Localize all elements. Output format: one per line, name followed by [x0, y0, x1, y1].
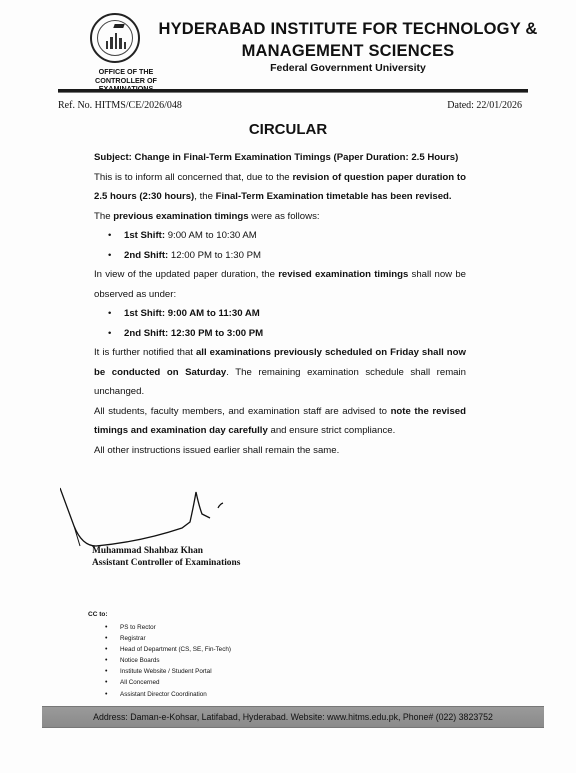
institute-name: HYDERABAD INSTITUTE FOR TECHNOLOGY & MAN… [148, 18, 548, 62]
list-item: Registrar [92, 633, 231, 644]
subject-line: Subject: Change in Final-Term Examinatio… [94, 148, 466, 168]
paragraph-revised: In view of the updated paper duration, t… [94, 265, 466, 304]
building-bars-icon [106, 31, 126, 49]
circular-body: Subject: Change in Final-Term Examinatio… [94, 148, 466, 460]
signatory-designation: Assistant Controller of Examinations [92, 557, 240, 570]
document-title: CIRCULAR [0, 121, 576, 138]
revised-timings-list: 1st Shift: 9:00 AM to 11:30 AM 2nd Shift… [94, 304, 466, 343]
institute-name-line-2: MANAGEMENT SCIENCES [148, 40, 548, 62]
reference-number: Ref. No. HITMS/CE/2026/048 [58, 100, 182, 111]
institute-subtitle: Federal Government University [148, 62, 548, 74]
list-item: 2nd Shift: 12:30 PM to 3:00 PM [94, 324, 466, 344]
paragraph-closing: All other instructions issued earlier sh… [94, 441, 466, 461]
paragraph-friday-notice: It is further notified that all examinat… [94, 343, 466, 402]
previous-timings-list: 1st Shift: 9:00 AM to 10:30 AM 2nd Shift… [94, 226, 466, 265]
circular-document: OFFICE OF THE CONTROLLER OF EXAMINATIONS… [0, 0, 576, 773]
list-item: 1st Shift: 9:00 AM to 10:30 AM [94, 226, 466, 246]
cc-label: CC to: [88, 611, 108, 618]
signature-icon [60, 484, 250, 554]
cc-list: PS to Rector Registrar Head of Departmen… [92, 622, 231, 700]
list-item: All Concerned [92, 677, 231, 688]
graduation-cap-icon [113, 24, 124, 28]
list-item: Notice Boards [92, 655, 231, 666]
header-divider [58, 89, 528, 93]
list-item: Head of Department (CS, SE, Fin-Tech) [92, 644, 231, 655]
paragraph-advisory: All students, faculty members, and exami… [94, 402, 466, 441]
institute-seal-icon [90, 13, 140, 63]
list-item: Institute Website / Student Portal [92, 666, 231, 677]
list-item: PS to Rector [92, 622, 231, 633]
paragraph-previous: The previous examination timings were as… [94, 207, 466, 227]
list-item: Assistant Director Coordination [92, 689, 231, 700]
footer-address-bar: Address: Daman-e-Kohsar, Latifabad, Hyde… [42, 706, 544, 728]
institute-name-line-1: HYDERABAD INSTITUTE FOR TECHNOLOGY & [148, 18, 548, 40]
date: Dated: 22/01/2026 [447, 100, 522, 111]
list-item: 2nd Shift: 12:00 PM to 1:30 PM [94, 246, 466, 266]
paragraph-intro: This is to inform all concerned that, du… [94, 168, 466, 207]
list-item: 1st Shift: 9:00 AM to 11:30 AM [94, 304, 466, 324]
